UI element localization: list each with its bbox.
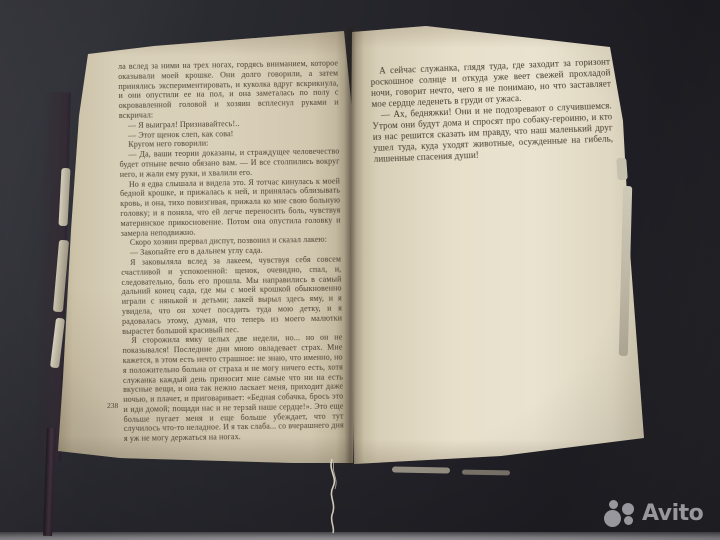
torn-page-edge <box>58 168 70 226</box>
avito-watermark: Avito <box>598 499 703 529</box>
right-page-text: А сейчас служанка, глядя туда, где заход… <box>370 56 614 165</box>
avito-logo-dot <box>622 503 634 515</box>
left-page-text: ла вслед за ними на трех ногах, гордясь … <box>118 59 344 444</box>
avito-logo-dot <box>609 500 618 509</box>
book-paragraph: Я сторожила ямку целых две недели, но...… <box>122 333 344 444</box>
book-paragraph: Я заковыляла вслед за лакеем, чувствуя с… <box>121 254 342 336</box>
photo-background: ла вслед за ними на трех ногах, гордясь … <box>0 0 720 540</box>
avito-logo-icon <box>598 499 636 529</box>
left-page: ла вслед за ними на трех ногах, гордясь … <box>58 30 356 466</box>
book-paragraph: Но я едва слышала и видела это. Я тотчас… <box>120 176 341 238</box>
avito-logo-dot <box>624 516 633 525</box>
torn-page-edge <box>616 158 628 181</box>
book-paragraph: — Ах, бедняжки! Они и не подозревают о с… <box>372 100 614 165</box>
bookmark-thread <box>312 455 348 535</box>
page-number: 238 <box>107 401 118 410</box>
right-page: А сейчас служанка, глядя туда, где заход… <box>348 26 648 466</box>
avito-logo-dot <box>604 510 621 527</box>
book-paragraph: — Да, ваши теории доказаны, и страждущее… <box>119 147 339 180</box>
avito-watermark-label: Avito <box>642 499 703 529</box>
torn-page-edge <box>392 466 450 473</box>
table-surface <box>0 532 720 540</box>
book-gutter-shadow <box>336 28 364 466</box>
book-paragraph: ла вслед за ними на трех ногах, гордясь … <box>118 59 339 121</box>
torn-page-edge <box>462 470 510 476</box>
